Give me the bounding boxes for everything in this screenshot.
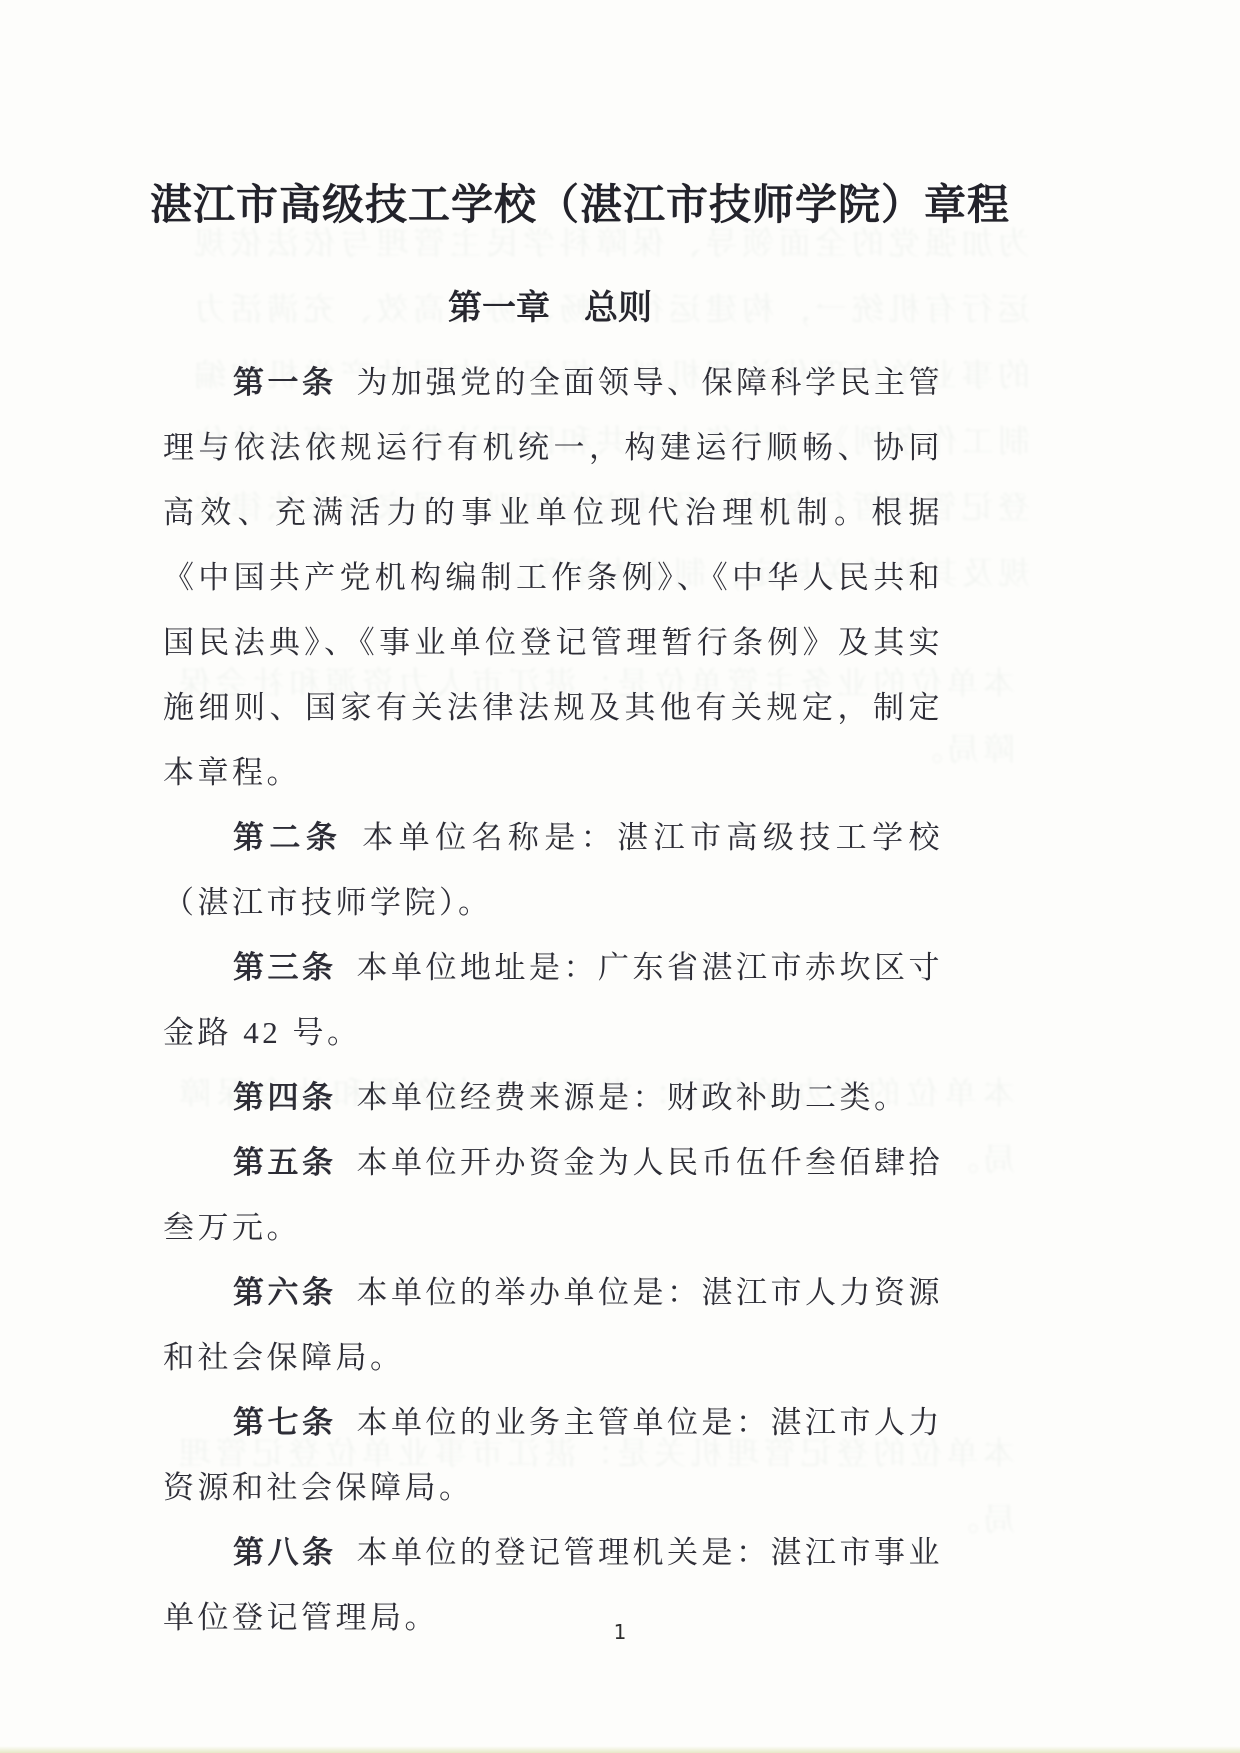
article-paragraph: 第五条本单位开办资金为人民币伍仟叁佰肆拾叁万元。: [163, 1130, 943, 1260]
scanned-document-page: 为加强党的全面领导、保障科学民主管理与依法依规运行有机统一，构建运行顺畅、协同高…: [0, 0, 1240, 1753]
chapter-heading: 第一章 总则: [150, 280, 950, 329]
article-number-label: 第七条: [233, 1405, 357, 1440]
scan-edge-artifact: [0, 1746, 1240, 1753]
article-paragraph: 第六条本单位的举办单位是：湛江市人力资源和社会保障局。: [163, 1260, 943, 1390]
article-number-label: 第八条: [233, 1535, 357, 1570]
page-number: 1: [0, 1620, 1240, 1644]
article-number-label: 第一条: [233, 365, 357, 400]
article-paragraph: 第一条为加强党的全面领导、保障科学民主管理与依法依规运行有机统一，构建运行顺畅、…: [163, 350, 943, 805]
article-text: 为加强党的全面领导、保障科学民主管理与依法依规运行有机统一，构建运行顺畅、协同高…: [163, 365, 943, 790]
article-paragraph: 第二条本单位名称是：湛江市高级技工学校（湛江市技师学院）。: [163, 805, 943, 935]
article-number-label: 第三条: [233, 950, 357, 985]
article-number-label: 第六条: [233, 1275, 357, 1310]
document-title: 湛江市高级技工学校（湛江市技师学院）章程: [150, 172, 950, 232]
document-body: 第一条为加强党的全面领导、保障科学民主管理与依法依规运行有机统一，构建运行顺畅、…: [163, 350, 943, 1650]
article-text: 本单位经费来源是：财政补助二类。: [357, 1080, 909, 1115]
article-paragraph: 第三条本单位地址是：广东省湛江市赤坎区寸金路 42 号。: [163, 935, 943, 1065]
article-number-label: 第二条: [233, 820, 362, 855]
article-number-label: 第五条: [233, 1145, 357, 1180]
article-number-label: 第四条: [233, 1080, 357, 1115]
article-paragraph: 第四条本单位经费来源是：财政补助二类。: [163, 1065, 943, 1130]
article-paragraph: 第七条本单位的业务主管单位是：湛江市人力资源和社会保障局。: [163, 1390, 943, 1520]
